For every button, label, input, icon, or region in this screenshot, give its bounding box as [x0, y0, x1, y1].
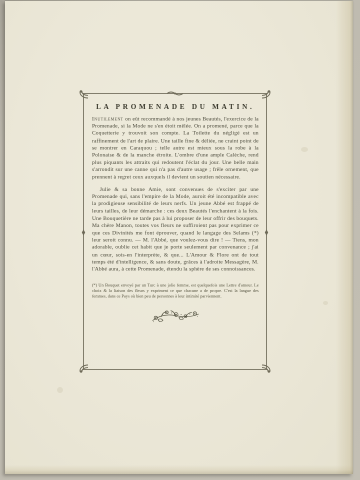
- foxing-spot: [301, 147, 308, 152]
- text-block: LA PROMENADE DU MATIN. Inutilement on eû…: [92, 94, 259, 329]
- frame-side-mark-icon: [81, 229, 86, 236]
- footnote: (*) Un Bouquet envoyé par un Turc à une …: [92, 283, 259, 299]
- paragraph-2: Julie & sa bonne Amie, sont convenues de…: [92, 186, 259, 273]
- page-title: LA PROMENADE DU MATIN.: [92, 102, 259, 111]
- foxing-spot: [323, 301, 328, 305]
- border-frame: LA PROMENADE DU MATIN. Inutilement on eû…: [83, 93, 267, 370]
- scan-background: LA PROMENADE DU MATIN. Inutilement on eû…: [0, 0, 360, 480]
- frame-corner-ornament-icon: [261, 89, 271, 99]
- frame-corner-ornament-icon: [261, 364, 271, 374]
- paper-deckle-edge-right: [336, 1, 353, 474]
- frame-corner-ornament-icon: [79, 364, 89, 374]
- frame-corner-ornament-icon: [79, 89, 89, 99]
- paragraph-1: Inutilement on eût recommandé à nos jeun…: [92, 115, 259, 180]
- frame-side-mark-icon: [264, 229, 269, 236]
- floral-vignette-icon: [92, 308, 259, 329]
- paper-deckle-edge-bottom: [5, 465, 353, 474]
- paper-sheet: LA PROMENADE DU MATIN. Inutilement on eû…: [5, 1, 353, 474]
- paragraph-1-text: on eût recommandé à nos jeunes Beautés, …: [92, 116, 259, 180]
- paragraph-1-lead-word: Inutilement: [92, 116, 123, 122]
- foxing-spot: [57, 387, 63, 393]
